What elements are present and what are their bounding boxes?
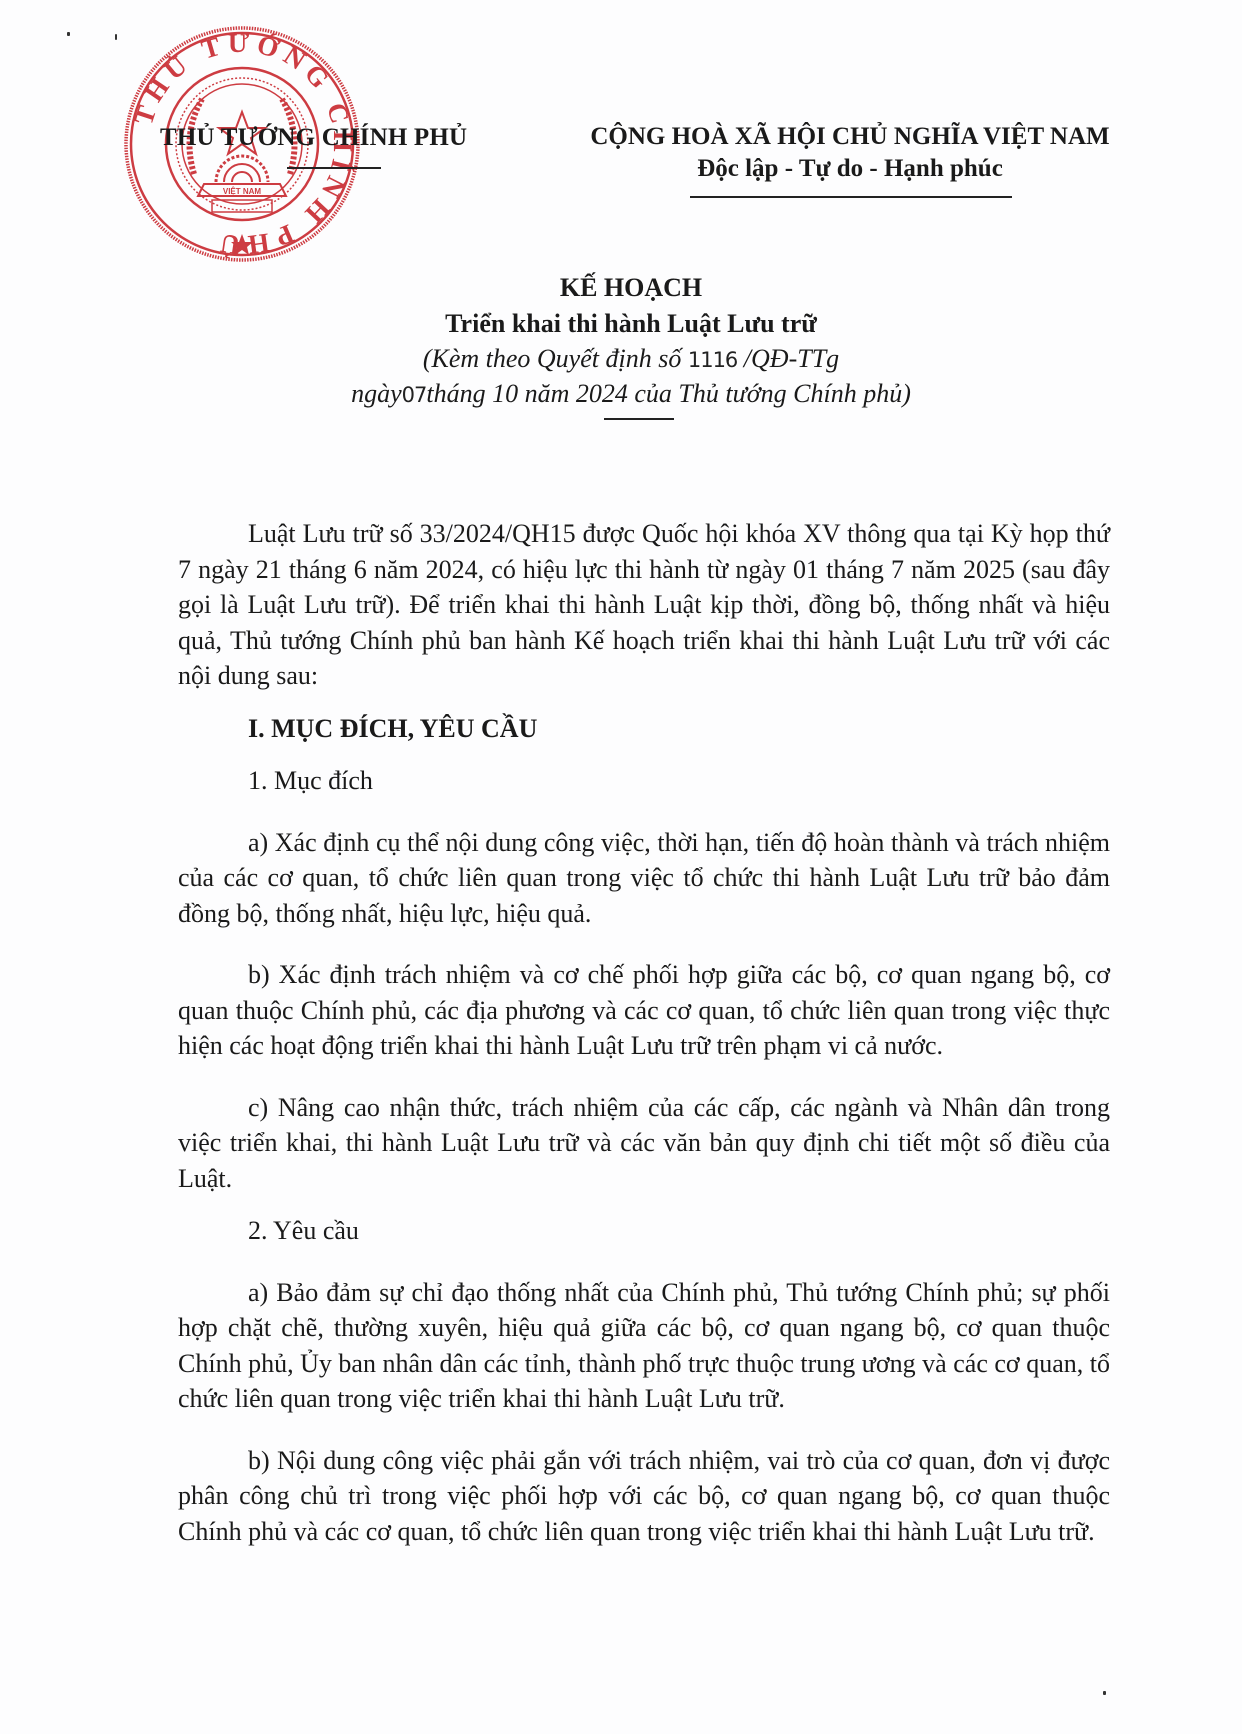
requirement-item-a: a) Bảo đảm sự chỉ đạo thống nhất của Chí… (178, 1275, 1110, 1417)
document-title-block: KẾ HOẠCH Triển khai thi hành Luật Lưu tr… (0, 270, 1242, 420)
decision-date: ngày07tháng 10 năm 2024 của Thủ tướng Ch… (20, 377, 1242, 412)
document-page: THỦ TƯỚNG CHÍNH PHỦ VIỆT NAM THỦ TƯỚNG C… (0, 0, 1242, 1734)
issuing-organization: THỦ TƯỚNG CHÍNH PHỦ (160, 124, 467, 152)
purpose-item-b: b) Xác định trách nhiệm và cơ chế phối h… (178, 957, 1110, 1064)
document-subject: Triển khai thi hành Luật Lưu trữ (20, 306, 1242, 342)
motto-underline (690, 196, 1012, 198)
scan-speck (1103, 1691, 1106, 1695)
decision-number: 1116 (688, 348, 737, 372)
purpose-item-a: a) Xác định cụ thể nội dung công việc, t… (178, 825, 1110, 932)
reference-prefix: (Kèm theo Quyết định số (423, 344, 682, 373)
title-underline (604, 418, 674, 420)
intro-paragraph: Luật Lưu trữ số 33/2024/QH15 được Quốc h… (178, 516, 1110, 694)
date-suffix: tháng 10 năm 2024 của Thủ tướng Chính ph… (426, 379, 911, 408)
requirement-item-b: b) Nội dung công việc phải gắn với trách… (178, 1443, 1110, 1550)
document-body: Luật Lưu trữ số 33/2024/QH15 được Quốc h… (248, 490, 1110, 1566)
decision-reference: (Kèm theo Quyết định số 1116 /QĐ-TTg (20, 342, 1242, 377)
document-type: KẾ HOẠCH (20, 270, 1242, 306)
organization-underline (287, 167, 381, 169)
decision-day: 07 (402, 383, 427, 407)
national-title: CỘNG HOÀ XÃ HỘI CHỦ NGHĨA VIỆT NAM (567, 123, 1133, 151)
subsection-heading-requirements: 2. Yêu cầu (178, 1213, 1110, 1249)
scan-speck (67, 32, 70, 36)
scan-speck (115, 34, 117, 40)
date-prefix: ngày (351, 379, 402, 408)
svg-text:VIỆT NAM: VIỆT NAM (223, 187, 262, 196)
reference-suffix: /QĐ-TTg (744, 344, 839, 373)
subsection-heading-purpose: 1. Mục đích (178, 763, 1110, 799)
purpose-item-c: c) Nâng cao nhận thức, trách nhiệm của c… (178, 1090, 1110, 1197)
section-heading: I. MỤC ĐÍCH, YÊU CẦU (178, 711, 1110, 747)
national-motto: Độc lập - Tự do - Hạnh phúc (567, 155, 1133, 183)
